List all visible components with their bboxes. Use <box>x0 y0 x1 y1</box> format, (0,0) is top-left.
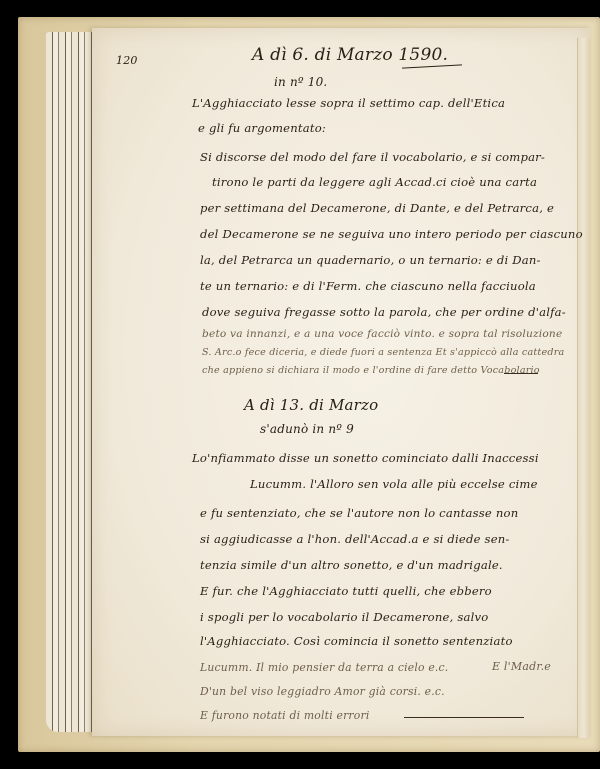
entry1-line: beto va innanzi, e a una voce facciò vin… <box>202 328 562 340</box>
entry2-line: E fur. che l'Agghiacciato tutti quelli, … <box>200 584 492 598</box>
entry2-line: l'Agghiacciato. Così comincia il sonetto… <box>200 634 513 648</box>
date-underline <box>402 64 462 68</box>
entry1-line: per settimana del Decamerone, di Dante, … <box>200 201 554 215</box>
entry1-line: che appieno si dichiara il modo e l'ordi… <box>202 365 540 376</box>
entry2-line: Lo'nfiammato disse un sonetto cominciato… <box>192 451 539 465</box>
entry1-line: la, del Petrarca un quadernario, o un te… <box>200 253 541 267</box>
entry1-line: Si discorse del modo del fare il vocabol… <box>200 150 545 164</box>
entry1-line: L'Agghiacciato lesse sopra il settimo ca… <box>192 96 505 110</box>
closing-rule <box>404 717 524 718</box>
entry1-line: tirono le parti da leggere agli Accad.ci… <box>212 175 537 189</box>
entry1-line: S. Arc.o fece diceria, e diede fuori a s… <box>202 347 564 358</box>
session-note-2: s'adunò in nº 9 <box>260 422 354 436</box>
entry2-line: i spogli per lo vocabolario il Decameron… <box>200 610 488 624</box>
entry2-line: tenzia simile d'un altro sonetto, e d'un… <box>200 558 503 572</box>
entry2-line: Lucumm. l'Alloro sen vola alle più eccel… <box>250 477 538 491</box>
date-heading-1: A dì 6. di Marzo 1590. <box>252 45 448 65</box>
entry2-line: si aggiudicasse a l'hon. dell'Accad.a e … <box>200 532 510 546</box>
entry2-line: Lucumm. Il mio pensier da terra a cielo … <box>200 661 448 674</box>
entry1-line: e gli fu argomentato: <box>198 121 326 135</box>
entry1-line: dove seguiva fregasse sotto la parola, c… <box>202 305 566 319</box>
date-heading-2: A dì 13. di Marzo <box>244 396 378 414</box>
entry2-line: D'un bel viso leggiadro Amor già corsi. … <box>200 685 445 698</box>
entry2-line: E furono notati di molti errori <box>200 709 370 722</box>
marginal-note: E l'Madr.e <box>492 660 551 673</box>
closing-rule <box>504 373 538 374</box>
folio-number: 120 <box>116 54 138 67</box>
session-note-1: in nº 10. <box>274 75 327 89</box>
page-fold <box>577 38 590 738</box>
stacked-page-edges <box>46 32 96 732</box>
entry1-line: te un ternario: e di l'Ferm. che ciascun… <box>200 279 536 293</box>
entry1-line: del Decamerone se ne seguiva uno intero … <box>200 227 583 241</box>
entry2-line: e fu sentenziato, che se l'autore non lo… <box>200 506 518 520</box>
manuscript-page: 120 A dì 6. di Marzo 1590. in nº 10. L'A… <box>92 28 590 736</box>
